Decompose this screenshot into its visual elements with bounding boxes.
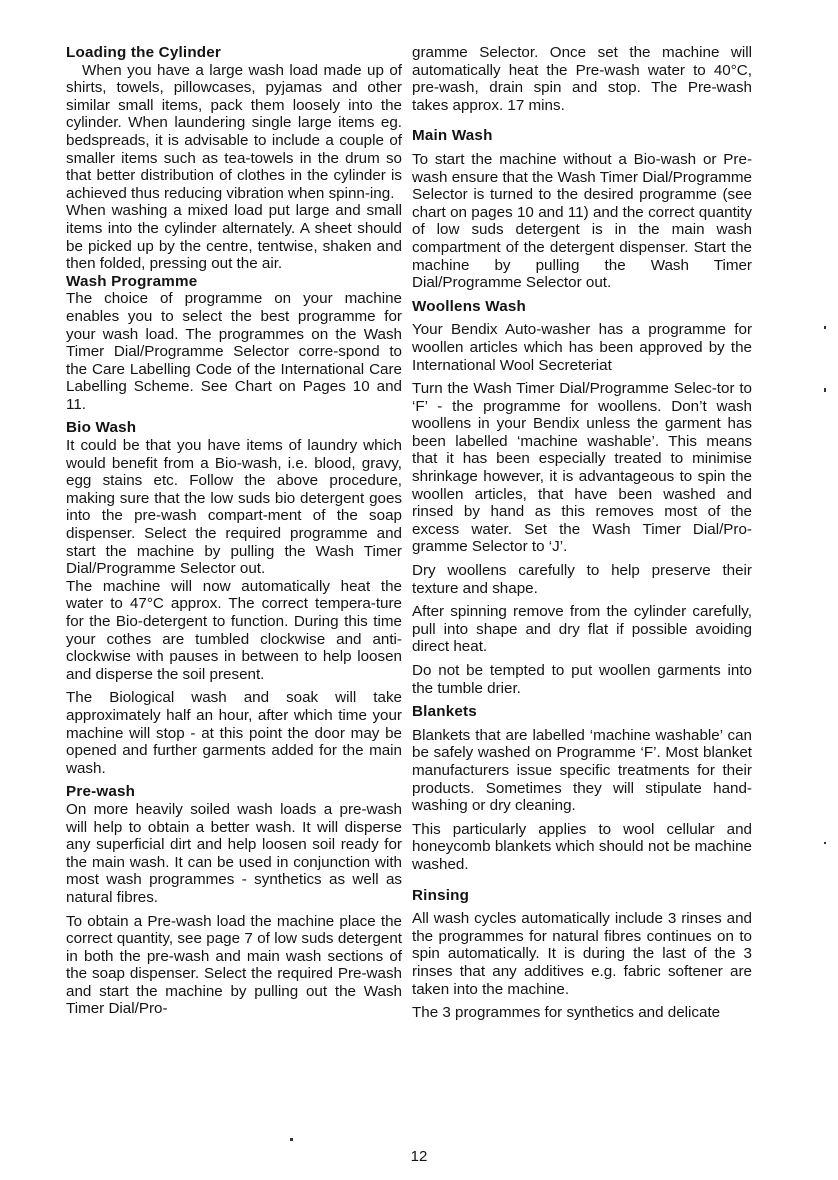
- paragraph: All wash cycles automatically include 3 …: [412, 910, 752, 998]
- section-blankets: Blankets Blankets that are labelled ‘mac…: [412, 703, 752, 873]
- paragraph: Do not be tempted to put woollen garment…: [412, 662, 752, 697]
- paragraph: The machine will now automatically heat …: [66, 578, 402, 684]
- paragraph: The 3 programmes for synthetics and deli…: [412, 1004, 752, 1022]
- paragraph: When you have a large wash load made up …: [66, 62, 402, 203]
- heading-woollens-wash: Woollens Wash: [412, 298, 752, 316]
- heading-wash-programme: Wash Programme: [66, 273, 402, 291]
- paragraph: Dry woollens carefully to help preserve …: [412, 562, 752, 597]
- scan-speck: [824, 326, 826, 329]
- scan-speck: [824, 842, 826, 844]
- paragraph: The Biological wash and soak will take a…: [66, 689, 402, 777]
- section-loading-cylinder: Loading the Cylinder When you have a lar…: [66, 44, 402, 273]
- section-wash-programme: Wash Programme The choice of programme o…: [66, 273, 402, 414]
- paragraph: To obtain a Pre-wash load the machine pl…: [66, 913, 402, 1019]
- heading-pre-wash: Pre-wash: [66, 783, 402, 801]
- paragraph: Your Bendix Auto-washer has a programme …: [412, 321, 752, 374]
- paragraph: Blankets that are labelled ‘machine wash…: [412, 727, 752, 815]
- section-pre-wash-continued: gramme Selector. Once set the machine wi…: [412, 44, 752, 114]
- section-rinsing: Rinsing All wash cycles automatically in…: [412, 887, 752, 1022]
- section-bio-wash: Bio Wash It could be that you have items…: [66, 419, 402, 777]
- left-column: Loading the Cylinder When you have a lar…: [66, 44, 402, 1018]
- paragraph: After spinning remove from the cylinder …: [412, 603, 752, 656]
- page-number: 12: [0, 1148, 838, 1165]
- section-woollens-wash: Woollens Wash Your Bendix Auto-washer ha…: [412, 298, 752, 697]
- paragraph: gramme Selector. Once set the machine wi…: [412, 44, 752, 114]
- heading-blankets: Blankets: [412, 703, 752, 721]
- heading-main-wash: Main Wash: [412, 127, 752, 145]
- section-pre-wash: Pre-wash On more heavily soiled wash loa…: [66, 783, 402, 1018]
- paragraph: Turn the Wash Timer Dial/Programme Selec…: [412, 380, 752, 556]
- section-main-wash: Main Wash To start the machine without a…: [412, 127, 752, 291]
- paragraph: To start the machine without a Bio-wash …: [412, 151, 752, 292]
- paragraph: When washing a mixed load put large and …: [66, 202, 402, 272]
- heading-loading-cylinder: Loading the Cylinder: [66, 44, 402, 62]
- right-column: gramme Selector. Once set the machine wi…: [412, 44, 752, 1022]
- scan-speck: [824, 388, 826, 392]
- heading-rinsing: Rinsing: [412, 887, 752, 905]
- paragraph: The choice of programme on your machine …: [66, 290, 402, 413]
- scan-speck: [290, 1138, 293, 1141]
- paragraph: This particularly applies to wool cellul…: [412, 821, 752, 874]
- heading-bio-wash: Bio Wash: [66, 419, 402, 437]
- paragraph: On more heavily soiled wash loads a pre-…: [66, 801, 402, 907]
- paragraph: It could be that you have items of laund…: [66, 437, 402, 578]
